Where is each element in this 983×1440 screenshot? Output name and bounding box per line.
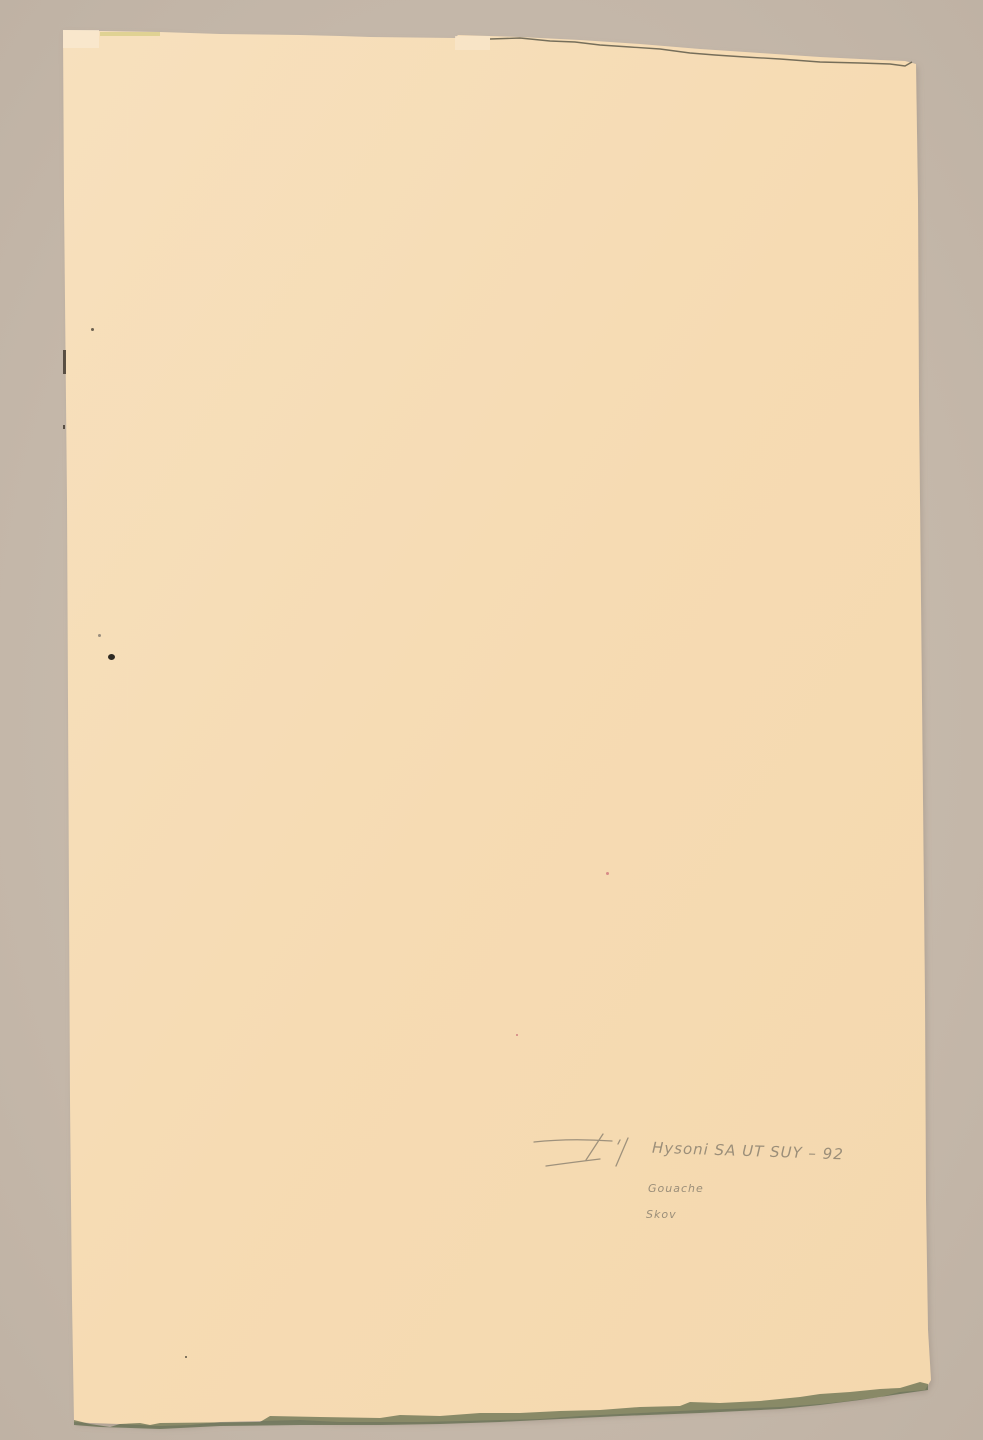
inscription-medium: Gouache bbox=[648, 1182, 704, 1195]
monogram-signature-icon bbox=[530, 1126, 640, 1176]
left-edge-mark bbox=[63, 350, 66, 374]
paper-speck bbox=[98, 634, 101, 637]
paper-speck bbox=[516, 1034, 518, 1036]
tape-residue bbox=[455, 36, 490, 50]
pencil-inscription: Hysoni SA UT SUY – 92 Gouache Skov bbox=[520, 1120, 880, 1250]
left-edge-mark bbox=[63, 425, 65, 429]
inscription-title-date: Hysoni SA UT SUY – 92 bbox=[652, 1139, 844, 1164]
inscription-note: Skov bbox=[646, 1208, 677, 1221]
paper-speck bbox=[185, 1356, 187, 1358]
tape-residue bbox=[63, 30, 99, 48]
pigment-smudge bbox=[100, 32, 160, 36]
paper-speck bbox=[606, 872, 609, 875]
paper-speck bbox=[91, 328, 94, 331]
paper-speck bbox=[108, 654, 115, 660]
